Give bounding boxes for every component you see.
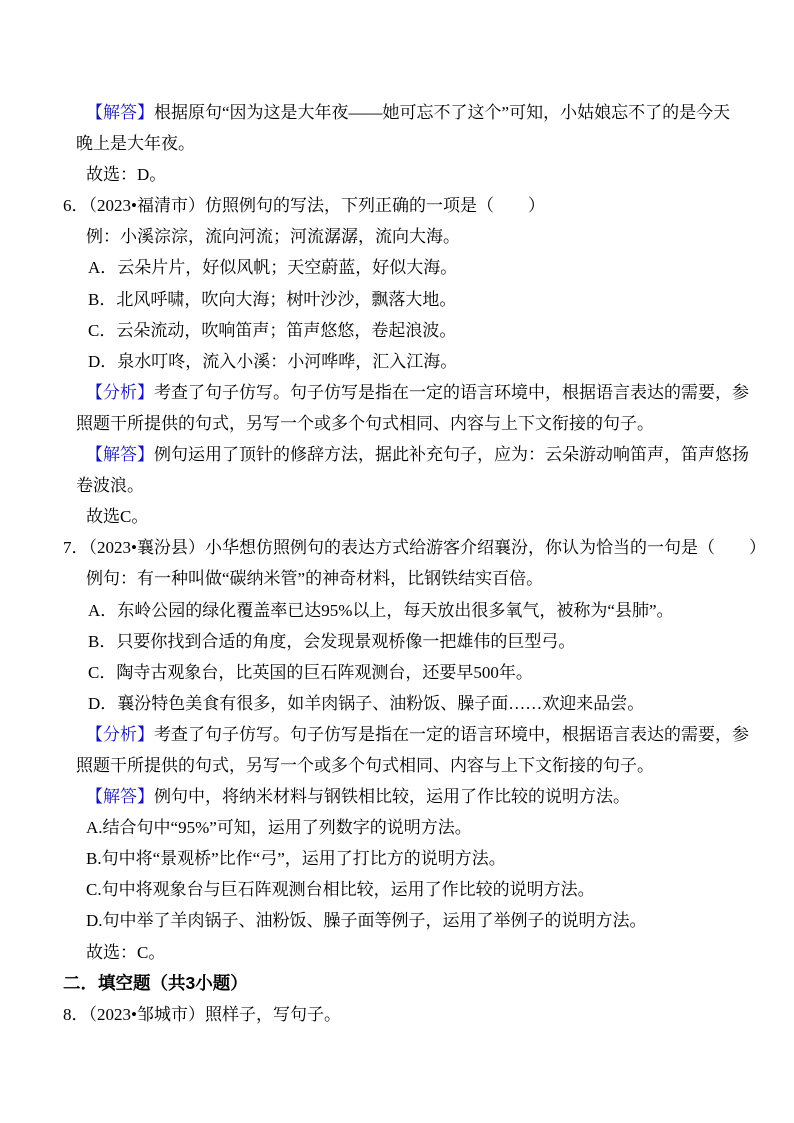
document-line: B.句中将“景观桥”比作“弓”，运用了打比方的说明方法。 (0, 843, 794, 874)
line-text: 例句中，将纳米材料与钢铁相比较，运用了作比较的说明方法。 (154, 787, 630, 806)
line-text: B．只要你找到合适的角度，会发现景观桥像一把雄伟的巨型弓。 (88, 632, 575, 651)
document-line: 【分析】考查了句子仿写。句子仿写是指在一定的语言环境中，根据语言表达的需要，参 (0, 719, 794, 750)
line-text: 故选：C。 (86, 943, 165, 962)
line-text: 根据原句“因为这是大年夜——她可忘不了这个”可知，小姑娘忘不了的是今天 (154, 103, 730, 122)
document-line: D．襄汾特色美食有很多，如羊肉锅子、油粉饭、臊子面……欢迎来品尝。 (0, 688, 794, 719)
document-line: 例句：有一种叫做“碳纳米管”的神奇材料，比钢铁结实百倍。 (0, 563, 794, 594)
document-line: D.句中举了羊肉锅子、油粉饭、臊子面等例子，运用了举例子的说明方法。 (0, 905, 794, 936)
line-text: 6．（2023•福清市）仿照例句的写法，下列正确的一项是（ ） (63, 196, 545, 215)
line-text: 例句运用了顶针的修辞方法，据此补充句子，应为：云朵游动响笛声，笛声悠扬 (154, 445, 749, 464)
document-line: 故选C。 (0, 501, 794, 532)
line-text: 考查了句子仿写。句子仿写是指在一定的语言环境中，根据语言表达的需要，参 (154, 725, 749, 744)
line-text: 卷波浪。 (76, 476, 144, 495)
document-line: 7．（2023•襄汾县）小华想仿照例句的表达方式给游客介绍襄汾，你认为恰当的一句… (0, 532, 794, 563)
line-text: D．襄汾特色美食有很多，如羊肉锅子、油粉饭、臊子面……欢迎来品尝。 (88, 694, 644, 713)
line-text: 照题干所提供的句式，另写一个或多个句式相同、内容与上下文衔接的句子。 (76, 414, 654, 433)
document-line: D．泉水叮咚，流入小溪：小河哗哗，汇入江海。 (0, 346, 794, 377)
document-line: 照题干所提供的句式，另写一个或多个句式相同、内容与上下文衔接的句子。 (0, 408, 794, 439)
line-text: 照题干所提供的句式，另写一个或多个句式相同、内容与上下文衔接的句子。 (76, 756, 654, 775)
document-line: 卷波浪。 (0, 470, 794, 501)
document-line: 【解答】例句运用了顶针的修辞方法，据此补充句子，应为：云朵游动响笛声，笛声悠扬 (0, 439, 794, 470)
line-text: C．云朵流动，吹响笛声；笛声悠悠，卷起浪波。 (88, 321, 456, 340)
line-text: 二．填空题（共3小题） (63, 973, 248, 993)
line-text: D.句中举了羊肉锅子、油粉饭、臊子面等例子，运用了举例子的说明方法。 (86, 911, 647, 930)
document-line: A．云朵片片，好似风帆；天空蔚蓝，好似大海。 (0, 252, 794, 283)
document-line: A．东岭公园的绿化覆盖率已达95%以上，每天放出很多氧气，被称为“县肺”。 (0, 595, 794, 626)
document-page: 【解答】根据原句“因为这是大年夜——她可忘不了这个”可知，小姑娘忘不了的是今天 … (0, 0, 794, 1123)
line-text: A．东岭公园的绿化覆盖率已达95%以上，每天放出很多氧气，被称为“县肺”。 (88, 601, 674, 620)
document-line: 【分析】考查了句子仿写。句子仿写是指在一定的语言环境中，根据语言表达的需要，参 (0, 377, 794, 408)
section-marker: 【解答】 (86, 445, 154, 464)
line-text: 考查了句子仿写。句子仿写是指在一定的语言环境中，根据语言表达的需要，参 (154, 383, 749, 402)
line-text: B.句中将“景观桥”比作“弓”，运用了打比方的说明方法。 (86, 849, 506, 868)
section-marker: 【解答】 (86, 787, 154, 806)
document-line: C.句中将观象台与巨石阵观测台相比较，运用了作比较的说明方法。 (0, 874, 794, 905)
line-text: C．陶寺古观象台，比英国的巨石阵观测台，还要早500年。 (88, 663, 533, 682)
line-text: 例句：有一种叫做“碳纳米管”的神奇材料，比钢铁结实百倍。 (86, 569, 543, 588)
document-line: 【解答】例句中，将纳米材料与钢铁相比较，运用了作比较的说明方法。 (0, 781, 794, 812)
line-text: B．北风呼啸，吹向大海；树叶沙沙，飘落大地。 (88, 290, 456, 309)
line-text: C.句中将观象台与巨石阵观测台相比较，运用了作比较的说明方法。 (86, 880, 595, 899)
document-line: 6．（2023•福清市）仿照例句的写法，下列正确的一项是（ ） (0, 190, 794, 221)
line-text: 8．（2023•邹城市）照样子，写句子。 (63, 1005, 341, 1024)
document-line: 8．（2023•邹城市）照样子，写句子。 (0, 999, 794, 1030)
document-line: 晚上是大年夜。 (0, 128, 794, 159)
line-text: 故选：D。 (86, 165, 166, 184)
document-line: 二．填空题（共3小题） (0, 968, 794, 999)
document-line: 故选：C。 (0, 937, 794, 968)
line-text: 例：小溪淙淙，流向河流；河流潺潺，流向大海。 (86, 227, 460, 246)
line-text: A.结合句中“95%”可知，运用了列数字的说明方法。 (86, 818, 472, 837)
line-text: 7．（2023•襄汾县）小华想仿照例句的表达方式给游客介绍襄汾，你认为恰当的一句… (63, 538, 766, 557)
section-marker: 【分析】 (86, 725, 154, 744)
document-line: C．云朵流动，吹响笛声；笛声悠悠，卷起浪波。 (0, 315, 794, 346)
section-marker: 【解答】 (86, 103, 154, 122)
line-text: A．云朵片片，好似风帆；天空蔚蓝，好似大海。 (88, 258, 457, 277)
document-line: A.结合句中“95%”可知，运用了列数字的说明方法。 (0, 812, 794, 843)
document-line: 故选：D。 (0, 159, 794, 190)
line-text: 故选C。 (86, 507, 148, 526)
line-text: 晚上是大年夜。 (76, 134, 195, 153)
document-line: B．北风呼啸，吹向大海；树叶沙沙，飘落大地。 (0, 284, 794, 315)
document-line: C．陶寺古观象台，比英国的巨石阵观测台，还要早500年。 (0, 657, 794, 688)
document-line: B．只要你找到合适的角度，会发现景观桥像一把雄伟的巨型弓。 (0, 626, 794, 657)
document-line: 例：小溪淙淙，流向河流；河流潺潺，流向大海。 (0, 221, 794, 252)
line-text: D．泉水叮咚，流入小溪：小河哗哗，汇入江海。 (88, 352, 457, 371)
document-body: 【解答】根据原句“因为这是大年夜——她可忘不了这个”可知，小姑娘忘不了的是今天 … (0, 97, 794, 1030)
section-marker: 【分析】 (86, 383, 154, 402)
document-line: 【解答】根据原句“因为这是大年夜——她可忘不了这个”可知，小姑娘忘不了的是今天 (0, 97, 794, 128)
document-line: 照题干所提供的句式，另写一个或多个句式相同、内容与上下文衔接的句子。 (0, 750, 794, 781)
